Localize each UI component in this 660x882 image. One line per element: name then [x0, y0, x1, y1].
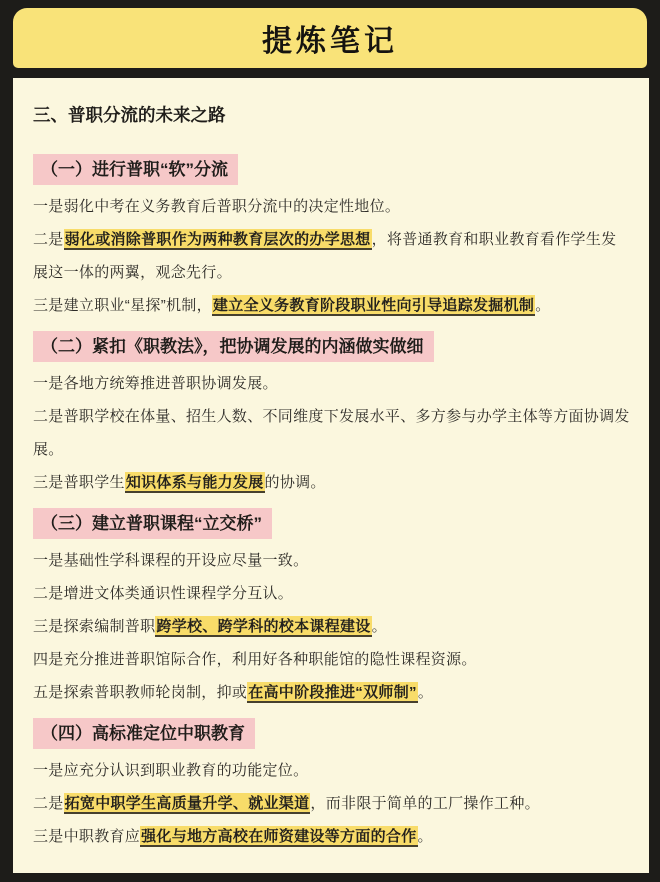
note-paragraph: 二是增进文体类通识性课程学分互认。 [33, 577, 630, 610]
note-paragraph: 二是拓宽中职学生高质量升学、就业渠道，而非限于简单的工厂操作工种。 [33, 787, 630, 820]
note-paragraph: 一是弱化中考在义务教育后普职分流中的决定性地位。 [33, 190, 630, 223]
plain-text: 二是 [33, 231, 64, 248]
note-section: （四）高标准定位中职教育一是应充分认识到职业教育的功能定位。二是拓宽中职学生高质… [33, 709, 630, 853]
highlighted-text: 在高中阶段推进“双师制” [247, 682, 418, 703]
page-title: 提炼笔记 [262, 16, 398, 60]
plain-text: 一是应充分认识到职业教育的功能定位。 [33, 762, 308, 779]
plain-text: 的协调。 [265, 474, 326, 491]
note-paragraph: 三是普职学生知识体系与能力发展的协调。 [33, 466, 630, 499]
note-paragraph: 一是各地方统筹推进普职协调发展。 [33, 367, 630, 400]
plain-text: 。 [418, 684, 433, 701]
note-section: （一）进行普职“软”分流一是弱化中考在义务教育后普职分流中的决定性地位。二是弱化… [33, 145, 630, 322]
plain-text: 三是普职学生 [33, 474, 125, 491]
plain-text: 四是充分推进普职馆际合作，利用好各种职能馆的隐性课程资源。 [33, 651, 477, 668]
note-section: （三）建立普职课程“立交桥”一是基础性学科课程的开设应尽量一致。二是增进文体类通… [33, 499, 630, 709]
section-heading: （三）建立普职课程“立交桥” [33, 508, 272, 539]
plain-text: 二是普职学校在体量、招生人数、不同维度下发展水平、多方参与办学主体等方面协调发展… [33, 408, 630, 458]
plain-text: 。 [418, 828, 433, 845]
note-paragraph: 一是基础性学科课程的开设应尽量一致。 [33, 544, 630, 577]
plain-text: 二是 [33, 795, 64, 812]
plain-text: ，而非限于简单的工厂操作工种。 [310, 795, 540, 812]
plain-text: 。 [372, 618, 387, 635]
main-title: 三、普职分流的未来之路 [33, 103, 630, 127]
section-heading: （一）进行普职“软”分流 [33, 154, 238, 185]
plain-text: 一是基础性学科课程的开设应尽量一致。 [33, 552, 308, 569]
note-header: 提炼笔记 [13, 8, 647, 68]
plain-text: 三是建立职业“星探”机制， [33, 297, 212, 314]
sections-container: （一）进行普职“软”分流一是弱化中考在义务教育后普职分流中的决定性地位。二是弱化… [33, 145, 630, 853]
highlighted-text: 弱化或消除普职作为两种教育层次的办学思想 [64, 229, 372, 250]
plain-text: 一是弱化中考在义务教育后普职分流中的决定性地位。 [33, 198, 400, 215]
plain-text: 三是探索编制普职 [33, 618, 155, 635]
highlighted-text: 建立全义务教育阶段职业性向引导追踪发掘机制 [212, 295, 535, 316]
plain-text: 一是各地方统筹推进普职协调发展。 [33, 375, 278, 392]
note-section: （二）紧扣《职教法》，把协调发展的内涵做实做细一是各地方统筹推进普职协调发展。二… [33, 322, 630, 499]
highlighted-text: 拓宽中职学生高质量升学、就业渠道 [64, 793, 311, 814]
section-heading: （四）高标准定位中职教育 [33, 718, 255, 749]
highlighted-text: 知识体系与能力发展 [125, 472, 265, 493]
plain-text: 二是增进文体类通识性课程学分互认。 [33, 585, 293, 602]
plain-text: 。 [535, 297, 550, 314]
plain-text: 三是中职教育应 [33, 828, 140, 845]
section-heading: （二）紧扣《职教法》，把协调发展的内涵做实做细 [33, 331, 434, 362]
note-paragraph: 五是探索普职教师轮岗制，抑或在高中阶段推进“双师制”。 [33, 676, 630, 709]
note-paragraph: 四是充分推进普职馆际合作，利用好各种职能馆的隐性课程资源。 [33, 643, 630, 676]
note-body: 三、普职分流的未来之路 （一）进行普职“软”分流一是弱化中考在义务教育后普职分流… [13, 78, 649, 873]
note-card: 提炼笔记 三、普职分流的未来之路 （一）进行普职“软”分流一是弱化中考在义务教育… [0, 0, 660, 882]
note-paragraph: 一是应充分认识到职业教育的功能定位。 [33, 754, 630, 787]
highlighted-text: 跨学校、跨学科的校本课程建设 [155, 616, 371, 637]
note-paragraph: 三是中职教育应强化与地方高校在师资建设等方面的合作。 [33, 820, 630, 853]
note-paragraph: 二是弱化或消除普职作为两种教育层次的办学思想，将普通教育和职业教育看作学生发展这… [33, 223, 630, 289]
note-paragraph: 三是探索编制普职跨学校、跨学科的校本课程建设。 [33, 610, 630, 643]
plain-text: 五是探索普职教师轮岗制，抑或 [33, 684, 247, 701]
note-paragraph: 二是普职学校在体量、招生人数、不同维度下发展水平、多方参与办学主体等方面协调发展… [33, 400, 630, 466]
note-paragraph: 三是建立职业“星探”机制，建立全义务教育阶段职业性向引导追踪发掘机制。 [33, 289, 630, 322]
highlighted-text: 强化与地方高校在师资建设等方面的合作 [140, 826, 417, 847]
